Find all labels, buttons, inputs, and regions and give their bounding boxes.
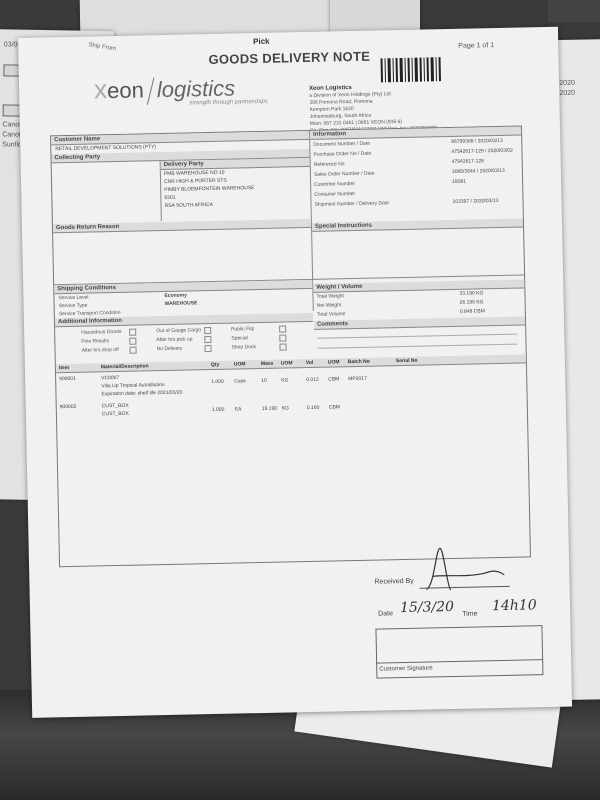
item-vol: 0.012 xyxy=(306,377,319,383)
weight-volume-header: Weight / Volume xyxy=(313,279,524,292)
logo-slash xyxy=(147,78,155,105)
item-batch: MP2017 xyxy=(348,376,367,382)
comment-line xyxy=(318,344,518,349)
information-value: 47542617-129 / 2020/03/02 xyxy=(451,148,513,155)
items-column-header: UOM xyxy=(234,361,246,367)
information-label: Sales Order Number / Date xyxy=(314,171,375,178)
time-label: Time xyxy=(462,611,477,618)
weight-volume-label: Total Volume xyxy=(317,311,346,318)
customer-name-value: RETAIL DEVELOPMENT SOLUTIONS (PTY) xyxy=(55,144,156,152)
additional-option-label: No Delivery xyxy=(156,346,182,353)
item-mass: 10 xyxy=(261,378,267,384)
barcode xyxy=(381,57,449,82)
delivery-party-header: Delivery Party xyxy=(161,158,310,170)
logo-x: x xyxy=(94,74,108,104)
item-number: 900001 xyxy=(59,376,76,382)
additional-option-checkbox xyxy=(204,336,211,343)
item-qty-uom: EA xyxy=(235,406,242,412)
page-indicator: Page 1 of 1 xyxy=(458,42,494,50)
information-value: 47542617-128 xyxy=(452,158,484,165)
additional-option-label: Public Flip xyxy=(231,326,254,332)
logo-suffix: logistics xyxy=(157,75,236,102)
additional-option-label: Out of Gauge Cargo xyxy=(156,327,201,334)
item-mass: 19.190 xyxy=(262,406,277,412)
item-vol-uom: CBM xyxy=(329,404,340,410)
weight-volume-value: 33.190 KG xyxy=(459,290,483,296)
date-handwritten: 15/3/20 xyxy=(400,599,454,616)
weight-volume-label: Net Weight xyxy=(317,302,342,309)
additional-option-checkbox xyxy=(129,347,136,354)
company-line: a Division of Xeon Holdings (Pty) Ltd xyxy=(309,91,391,99)
comments-header: Comments xyxy=(314,316,525,329)
information-label: Reference No xyxy=(314,161,345,168)
additional-option-label: After hrs pick up xyxy=(156,336,192,343)
additional-option-checkbox xyxy=(279,334,286,341)
items-column-header: Material/Description xyxy=(101,363,149,370)
items-column-header: UOM xyxy=(328,359,340,365)
delivery-form: Customer Name RETAIL DEVELOPMENT SOLUTIO… xyxy=(50,125,531,567)
delivery-party-line: RSA SOUTH AFRICA xyxy=(164,202,212,209)
item-mass-uom: KG xyxy=(282,405,289,411)
company-line: 306 Pomona Road, Pomona xyxy=(309,99,372,106)
time-handwritten: 14h10 xyxy=(492,597,537,614)
customer-signature-label: Customer Signature xyxy=(379,665,432,672)
shipping-value: Economy xyxy=(164,293,187,299)
comment-line xyxy=(317,334,517,339)
item-vol-uom: CBM xyxy=(328,376,339,382)
additional-option-checkbox xyxy=(204,327,211,334)
additional-option-checkbox xyxy=(129,338,136,345)
items-column-header: Qty xyxy=(211,362,219,368)
additional-option-label: Shop Dock xyxy=(231,344,256,351)
logo-tagline: strength through partnerships xyxy=(189,99,267,107)
information-value: 3085/3644 / 2020/03/13 xyxy=(452,168,505,175)
special-instructions-header: Special Instructions xyxy=(312,218,523,231)
information-value: 96799388 / 2020/03/13 xyxy=(451,138,503,145)
additional-option-checkbox xyxy=(129,329,136,336)
additional-option-label: After hrs drop off xyxy=(82,347,119,354)
item-qty: 1.000 xyxy=(211,379,224,385)
shipping-label: Service Type xyxy=(59,303,88,310)
company-name: Xeon Logistics xyxy=(309,85,352,92)
goods-delivery-note-page: Ship From Pick GOODS DELIVERY NOTE Page … xyxy=(18,27,572,718)
received-by-label: Received By xyxy=(374,578,413,586)
weight-volume-label: Total Weight xyxy=(316,293,344,300)
item-qty-uom: Case xyxy=(234,378,246,384)
ship-from-label: Ship From xyxy=(88,42,116,52)
item-description: CUST_BOX xyxy=(102,411,129,418)
item-mass-uom: KG xyxy=(281,377,288,383)
delivery-party-line: PMB WAREHOUSE NO 10 xyxy=(164,170,225,177)
information-value: 18081 xyxy=(452,179,466,185)
weight-volume-value: 0.848 CBM xyxy=(460,308,485,315)
item-description: Expiration date: shelf life 2021/03/20 xyxy=(101,390,182,398)
information-label: Customer Number xyxy=(314,181,355,188)
item-material: CUST_BOX xyxy=(102,403,129,410)
item-number: 900002 xyxy=(60,404,77,410)
item-material: VC0007 xyxy=(101,375,119,381)
shipping-label: Service Level xyxy=(58,295,88,302)
weight-volume-value: 26.190 KG xyxy=(460,299,484,305)
information-value: 103397 / 2020/03/13 xyxy=(452,198,498,205)
delivery-party-line: 9301 xyxy=(164,195,175,201)
additional-option-label: Hazardous Goods xyxy=(81,329,121,336)
additional-option-label: Fine Results xyxy=(81,338,109,345)
item-vol: 0.160 xyxy=(307,405,320,411)
customer-name-header: Customer Name xyxy=(51,131,309,145)
item-description: Villa Up Tropical Autodilution xyxy=(101,382,164,389)
items-column-header: UOM xyxy=(281,360,293,366)
item-qty: 1.000 xyxy=(212,407,225,413)
additional-option-checkbox xyxy=(204,345,211,352)
additional-option-checkbox xyxy=(279,325,286,332)
document-title: GOODS DELIVERY NOTE xyxy=(208,49,370,67)
information-label: Shipment Number / Delivery Date xyxy=(314,200,389,208)
additional-option-label: Special xyxy=(231,335,248,341)
delivery-party-line: CNR HIGH & PORTER STS xyxy=(164,178,227,185)
pick-stamp: Pick xyxy=(253,37,270,46)
items-column-header: Serial No xyxy=(396,358,418,364)
delivery-party-line: PIMBY BLOEMFONTEIN WAREHOUSE xyxy=(164,185,254,193)
information-label: Purchase Order No / Date xyxy=(313,151,371,158)
company-line: Kempton Park 1620 xyxy=(310,106,354,113)
date-label: Date xyxy=(378,610,393,617)
goods-return-reason-header: Goods Return Reason xyxy=(53,219,311,233)
information-label: Container Number xyxy=(314,191,355,198)
information-label: Document Number / Date xyxy=(313,141,370,148)
shipping-value: WAREHOUSE xyxy=(165,300,198,307)
additional-option-checkbox xyxy=(279,343,286,350)
items-column-header: Vol xyxy=(306,360,314,366)
items-column-header: Batch No xyxy=(348,359,370,365)
items-column-header: Mass xyxy=(261,361,274,367)
background-dark-corner xyxy=(548,0,600,22)
logo-brand: eon xyxy=(107,77,144,103)
items-column-header: Item xyxy=(59,365,69,371)
